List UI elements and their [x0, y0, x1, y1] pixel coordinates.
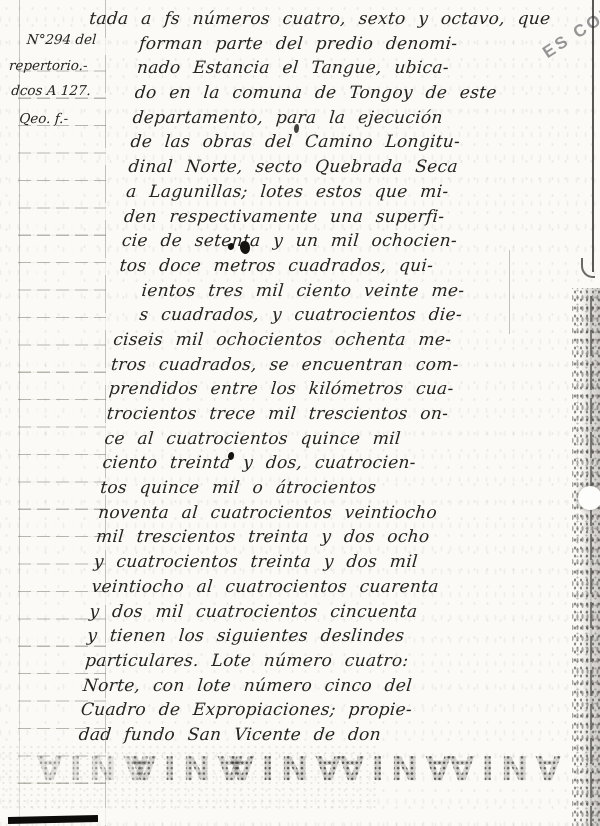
margin-note: dcos A 127. [10, 79, 106, 105]
handwritten-line: Norte, con lote número cinco del [82, 674, 476, 699]
handwritten-line: prendidos entre los kilómetros cua- [108, 377, 502, 402]
perforation-letters: ANIA [222, 748, 341, 787]
handwritten-line: y dos mil cuatrocientos cincuenta [88, 600, 482, 625]
ink-blot [240, 241, 250, 254]
handwritten-line: den respectivamente una superfi- [123, 205, 517, 230]
handwritten-line: particulares. Lote número cuatro: [84, 649, 478, 674]
perforation-letters: ANIA [442, 748, 561, 787]
perforation-row: ANIAANIAANIAANIAANIA [26, 748, 546, 802]
handwritten-line: tos quince mil o átrocientos [99, 476, 493, 501]
handwritten-line: y tienen los siguientes deslindes [86, 624, 480, 649]
handwritten-line: veintiocho al cuatrocientos cuarenta [91, 575, 485, 600]
binding-edge-crease [590, 296, 592, 826]
page-edge-hook [581, 258, 595, 278]
handwritten-line: y cuatrocientos treinta y dos mil [93, 550, 487, 575]
scanned-document-page: N°294 del repertorio.- dcos A 127. Qeo. … [0, 0, 600, 826]
handwritten-line: Cuadro de Expropiaciones; propie- [80, 698, 474, 723]
handwritten-line: departamento, para la ejecución [132, 106, 526, 131]
handwritten-line: de las obras del Camino Longitu- [129, 130, 523, 155]
margin-note: repertorio.- [8, 54, 108, 80]
handwritten-line: a Lagunillas; lotes estos que mi- [125, 180, 519, 205]
margin-note: Qeo. f.- [18, 107, 104, 133]
handwritten-line: tada a fs números cuatro, sexto y octavo… [88, 7, 534, 32]
punch-hole [578, 486, 600, 510]
binding-edge-noise [572, 288, 600, 826]
margin-note: N°294 del [26, 28, 110, 54]
perforation-letters: ANIA [332, 748, 451, 787]
handwritten-line: do en la comuna de Tongoy de este [134, 81, 528, 106]
scan-corner-artifact [8, 815, 98, 824]
handwritten-line: dinal Norte, secto Quebrada Seca [127, 155, 521, 180]
handwritten-line: trocientos trece mil trescientos on- [106, 402, 500, 427]
handwritten-line: noventa al cuatrocientos veintiocho [97, 501, 491, 526]
handwritten-line: cie de setenta y un mil ochocien- [121, 229, 515, 254]
handwritten-line: ciento treinta y dos, cuatrocien- [101, 451, 495, 476]
page-edge-line [592, 0, 594, 272]
handwritten-text: tada a fs números cuatro, sexto y octavo… [78, 7, 535, 748]
handwritten-line: ientos tres mil ciento veinte me- [140, 279, 510, 304]
handwritten-line: s cuadrados, y cuatrocientos die- [138, 303, 508, 328]
margin-annotations: N°294 del repertorio.- dcos A 127. Qeo. … [2, 28, 109, 132]
handwritten-line: nado Estancia el Tangue, ubica- [136, 56, 530, 81]
handwritten-line: forman parte del predio denomi- [138, 32, 532, 57]
handwritten-line: ce al cuatrocientos quince mil [104, 427, 498, 452]
handwritten-line: ciseis mil ochocientos ochenta me- [112, 328, 506, 353]
handwritten-line: tros cuadrados, se encuentran com- [110, 353, 504, 378]
handwritten-line: mil trescientos treinta y dos ocho [95, 525, 489, 550]
handwritten-line: tos doce metros cuadrados, qui- [119, 254, 513, 279]
